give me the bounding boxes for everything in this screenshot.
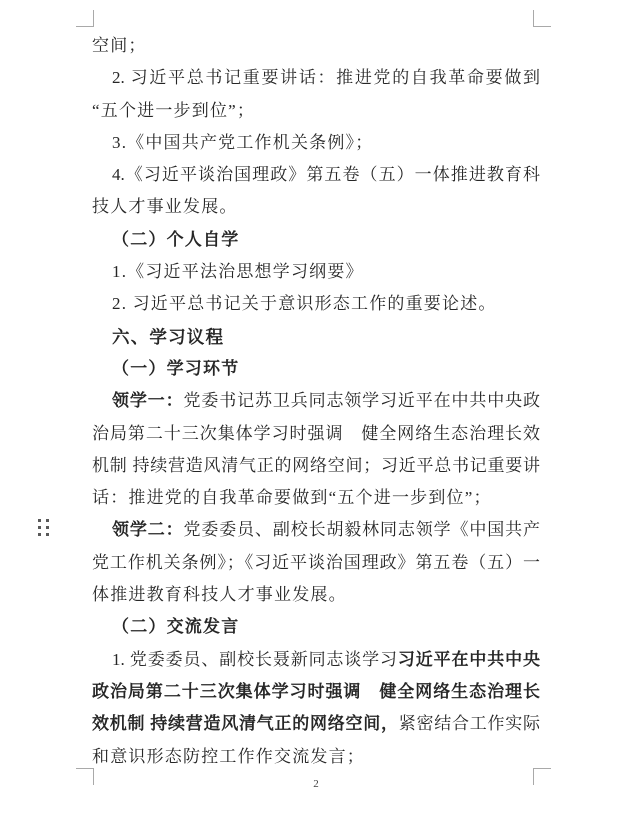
doc-line: 和意识形态防控工作作交流发言；	[92, 741, 540, 773]
doc-line: 领学二：党委委员、副校长胡毅林同志领学《中国共产	[92, 514, 540, 546]
heading-exchange-speech: （二）交流发言	[92, 611, 540, 643]
doc-line: “五个进一步到位”；	[92, 95, 540, 127]
doc-line: 2. 习近平总书记重要讲话：推进党的自我革命要做到	[92, 62, 540, 94]
doc-line: 党工作机关条例》；《习近平谈治国理政》第五卷（五）一	[92, 547, 540, 579]
doc-line: 技人才事业发展。	[92, 191, 540, 223]
doc-line: 政治局第二十三次集体学习时强调 健全网络生态治理长	[92, 676, 540, 708]
doc-line: 领学一：党委书记苏卫兵同志领学习近平在中共中央政	[92, 385, 540, 417]
doc-line: 治局第二十三次集体学习时强调 健全网络生态治理长效	[92, 418, 540, 450]
lead-study-1-label: 领学一：	[112, 391, 183, 410]
doc-line: 机制 持续营造风清气正的网络空间；习近平总书记重要讲	[92, 450, 540, 482]
margin-corner-mark-top-left	[76, 10, 94, 27]
heading-study-session: （一）学习环节	[92, 353, 540, 385]
doc-line: 2. 习近平总书记关于意识形态工作的重要论述。	[92, 288, 540, 320]
doc-line: 效机制 持续营造风清气正的网络空间，紧密结合工作实际	[92, 708, 540, 740]
heading-study-agenda: 六、学习议程	[92, 321, 540, 353]
doc-line: 体推进教育科技人才事业发展。	[92, 579, 540, 611]
document-page: 空间； 2. 习近平总书记重要讲话：推进党的自我革命要做到 “五个进一步到位”；…	[0, 0, 625, 840]
doc-line: 3.《中国共产党工作机关条例》；	[92, 127, 540, 159]
doc-line: 话：推进党的自我革命要做到“五个进一步到位”；	[92, 482, 540, 514]
doc-line: 1. 党委委员、副校长聂新同志谈学习习近平在中共中央	[92, 644, 540, 676]
document-text-area[interactable]: 空间； 2. 习近平总书记重要讲话：推进党的自我革命要做到 “五个进一步到位”；…	[92, 30, 540, 773]
heading-personal-study: （二）个人自学	[92, 224, 540, 256]
page-number: 2	[92, 776, 540, 792]
lead-study-2-label: 领学二：	[112, 520, 183, 539]
drag-handle-icon[interactable]	[38, 519, 49, 536]
doc-line: 4.《习近平谈治国理政》第五卷（五）一体推进教育科	[92, 159, 540, 191]
doc-line: 1.《习近平法治思想学习纲要》	[92, 256, 540, 288]
margin-corner-mark-top-right	[533, 10, 551, 27]
doc-line: 空间；	[92, 30, 540, 62]
